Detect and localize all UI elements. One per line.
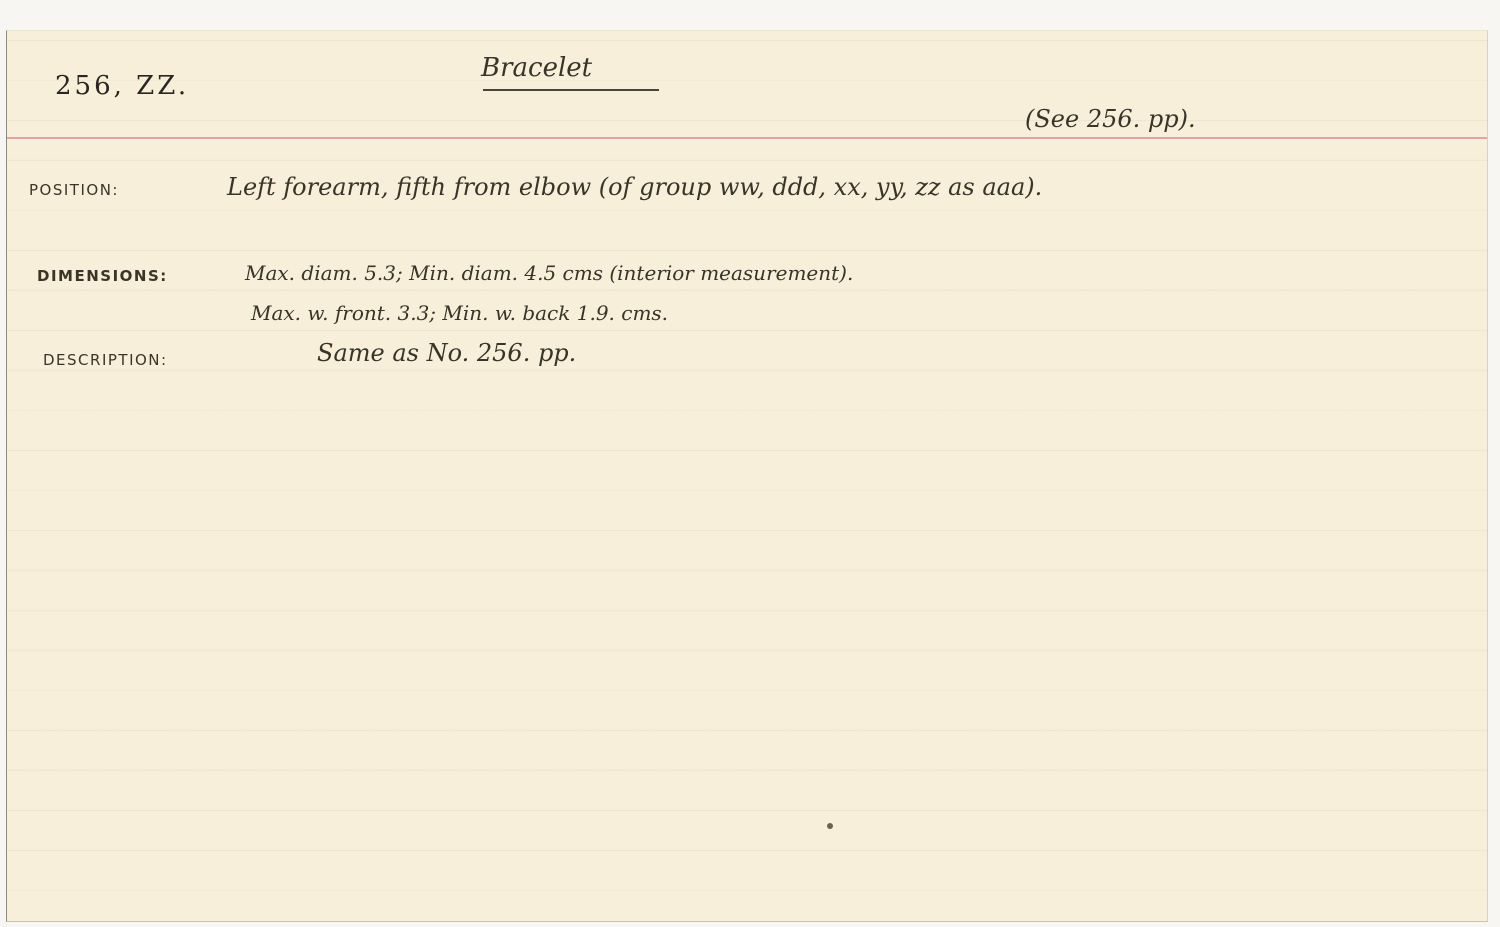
dimensions-value-line2: Max. w. front. 3.3; Min. w. back 1.9. cm… [251,301,668,325]
dimensions-label: DIMENSIONS: [37,267,168,285]
cross-reference: (See 256. pp). [1025,105,1196,133]
catalogue-number: 256, ZZ. [55,71,189,101]
description-value: Same as No. 256. pp. [317,339,576,367]
description-label: DESCRIPTION: [43,351,168,369]
position-label: POSITION: [29,181,119,199]
paper-speck [827,823,833,829]
card-title: Bracelet [481,53,592,83]
title-underline [483,89,659,91]
index-card: 256, ZZ. Bracelet (See 256. pp). POSITIO… [6,30,1488,922]
position-value: Left forearm, fifth from elbow (of group… [227,173,1042,201]
dimensions-value-line1: Max. diam. 5.3; Min. diam. 4.5 cms (inte… [245,261,853,285]
header-rule [7,137,1487,139]
